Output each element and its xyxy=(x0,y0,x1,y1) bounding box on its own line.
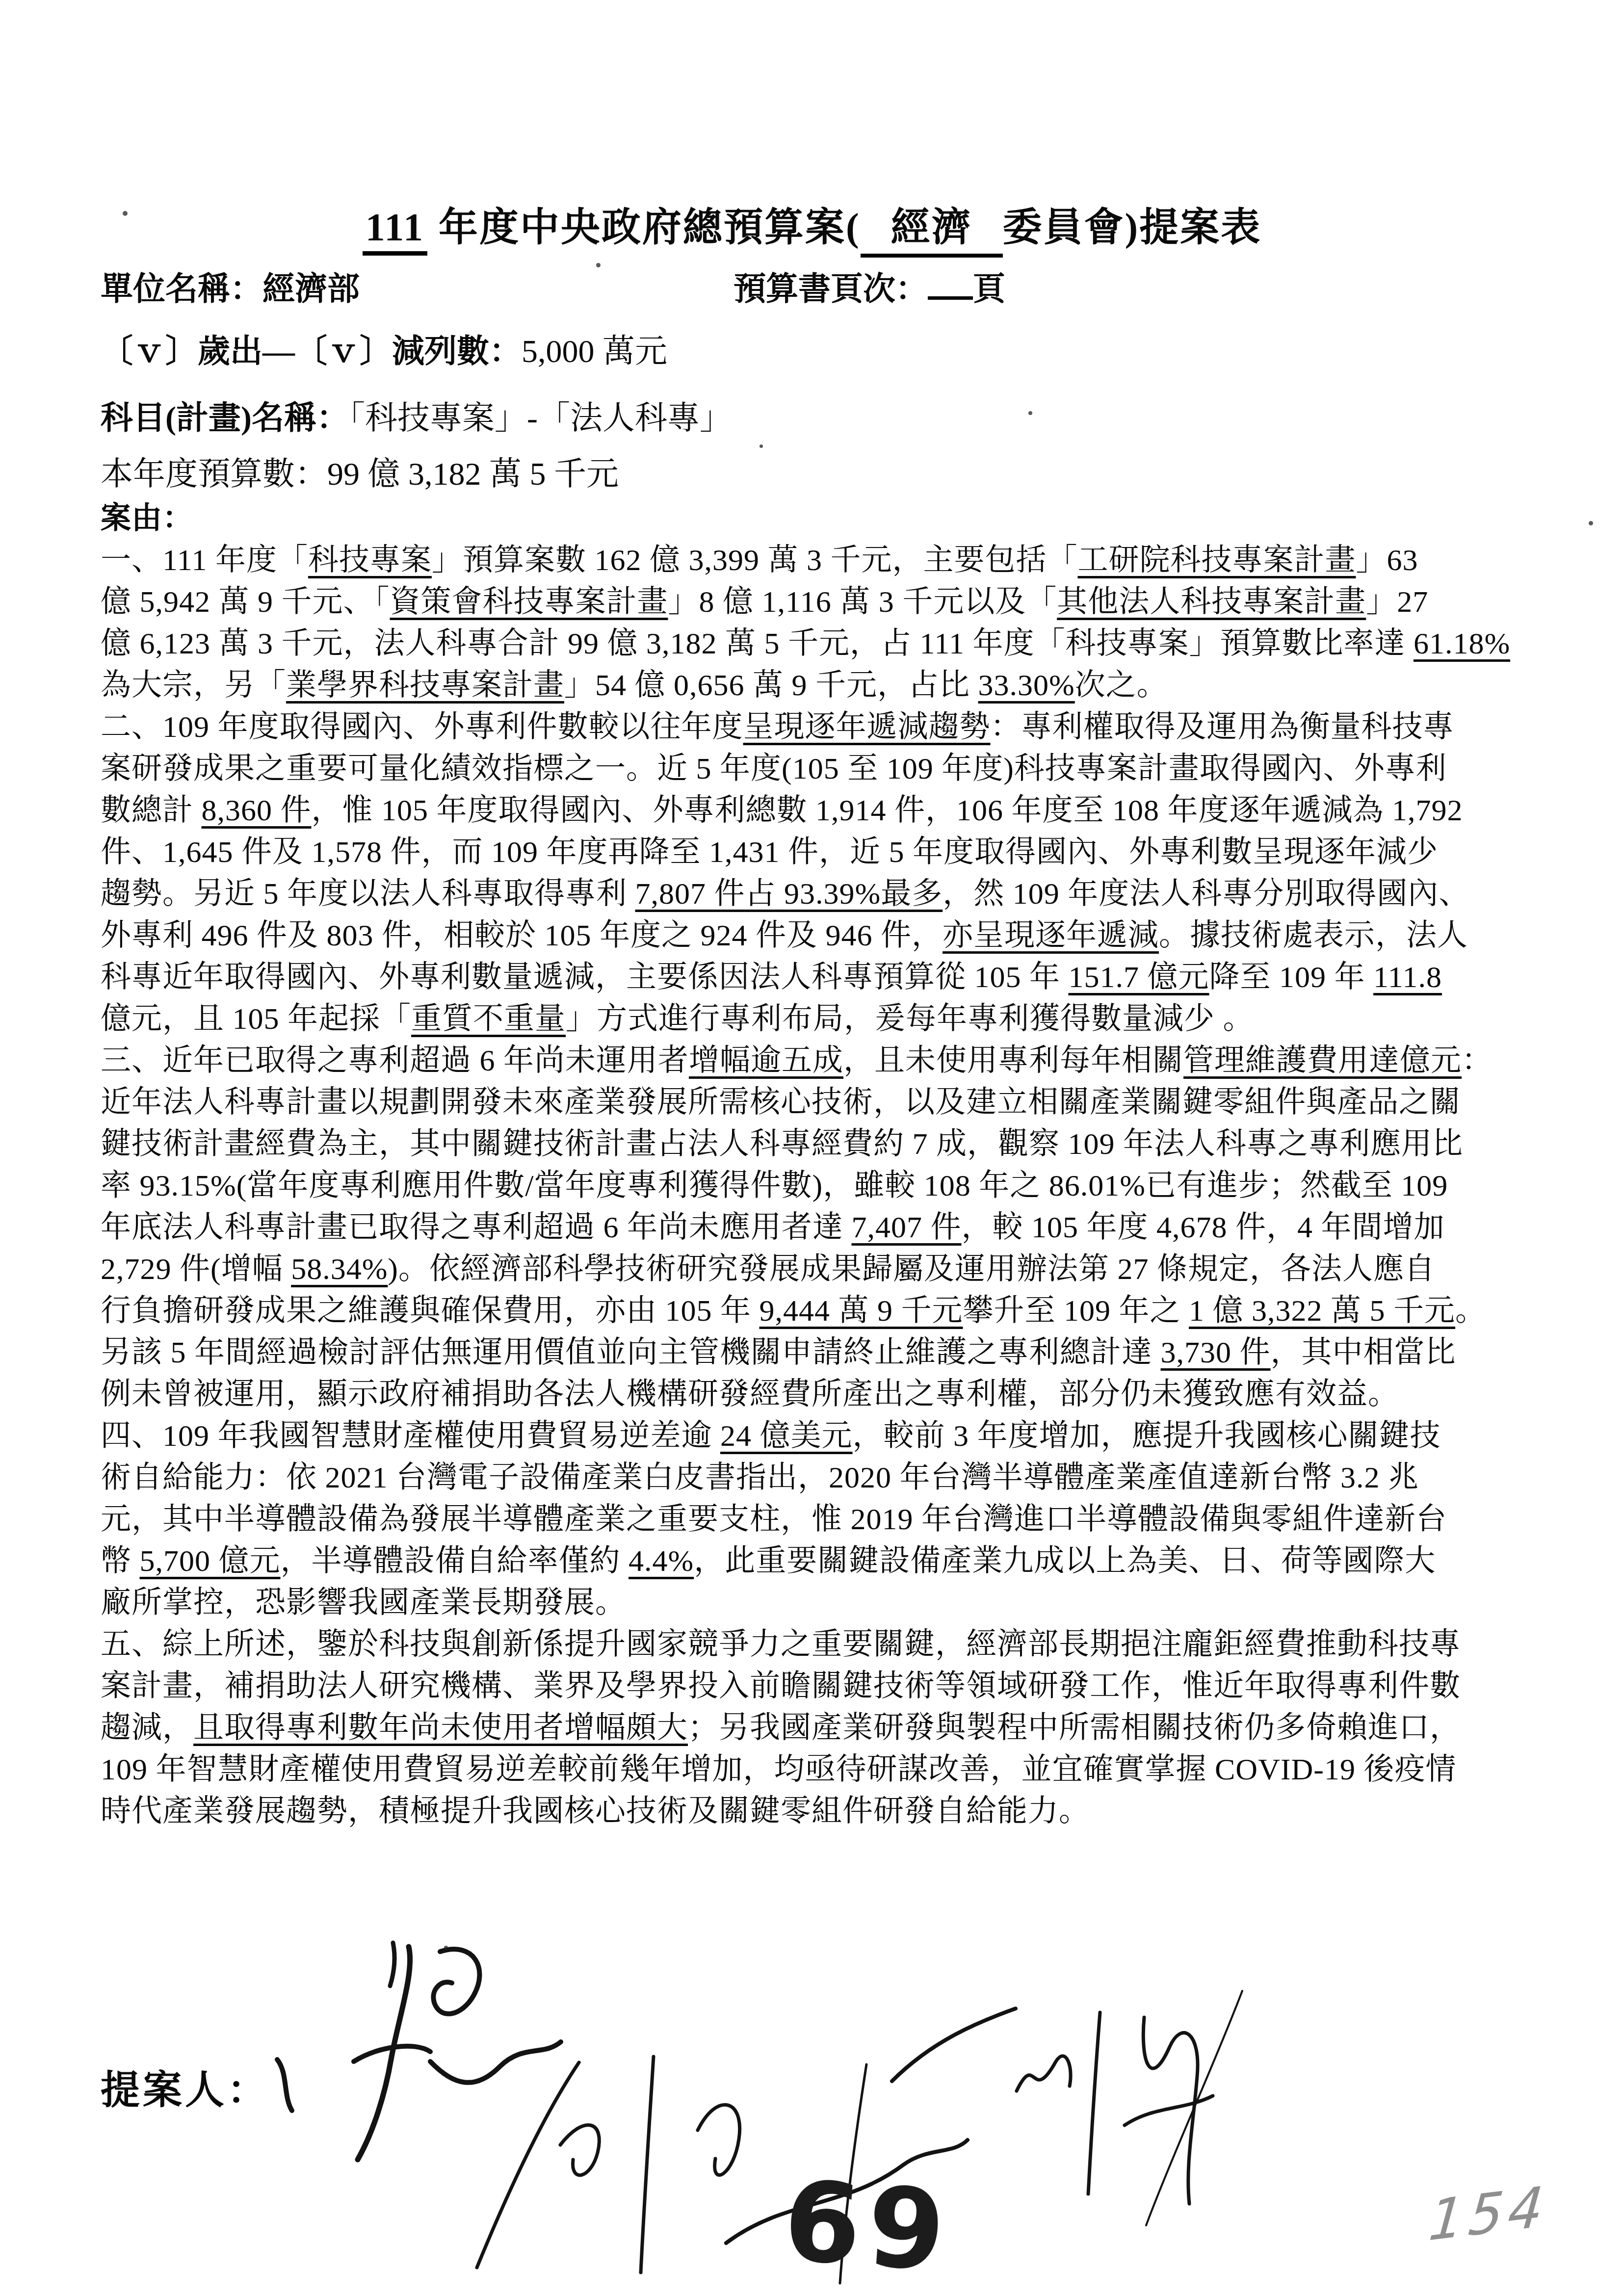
corner-pencil-number: 154 xyxy=(1426,2174,1551,2254)
paragraph-2-line: 外專利 496 件及 803 件，相較於 105 年度之 924 件及 946 … xyxy=(101,915,1572,957)
paragraph-1-line: 億 5,942 萬 9 千元、「資策會科技專案計畫」8 億 1,116 萬 3 … xyxy=(101,581,1572,623)
paragraph-2-line: 二、109 年度取得國內、外專利件數較以往年度呈現逐年遞減趨勢：專利權取得及運用… xyxy=(101,706,1572,748)
reduction-amount: 5,000 萬元 xyxy=(522,334,667,369)
paragraph-1-line: 億 6,123 萬 3 千元，法人科專合計 99 億 3,182 萬 5 千元，… xyxy=(101,623,1572,665)
budget-page-ref-line: 預算書頁次：頁 xyxy=(733,262,1005,309)
paragraph-3-line: 2,729 件(增幅 58.34%)。依經濟部科學技術研究發展成果歸屬及運用辦法… xyxy=(101,1249,1572,1290)
paragraph-3-line: 行負擔研發成果之維護與確保費用，亦由 105 年 9,444 萬 9 千元攀升至… xyxy=(101,1290,1572,1332)
proposer-label: 提案人： xyxy=(101,2058,269,2114)
paragraph-5-line: 時代產業發展趨勢，積極提升我國核心技術及關鍵零組件研發自給能力。 xyxy=(101,1791,1572,1832)
paragraph-2-line: 件、1,645 件及 1,578 件，而 109 年度再降至 1,431 件，近… xyxy=(101,832,1572,873)
subject-value: 「科技專案」-「法人科專」 xyxy=(349,400,732,436)
paragraph-1-line: 為大宗，另「業學界科技專案計畫」54 億 0,656 萬 9 千元，占比 33.… xyxy=(101,665,1572,706)
scan-speck xyxy=(1589,521,1593,525)
title-pre: 年度中央政府總預算案( xyxy=(427,206,861,249)
case-label: 案由： xyxy=(101,498,1572,540)
scan-speck xyxy=(1028,411,1032,415)
paragraph-5-line: 109 年智慧財產權使用費貿易逆差較前幾年增加，均亟待研謀改善，並宜確實掌握 C… xyxy=(101,1749,1572,1791)
scan-speck xyxy=(596,263,601,267)
paragraph-3-line: 年底法人科專計畫已取得之專利超過 6 年尚未應用者達 7,407 件，較 105… xyxy=(101,1207,1572,1249)
budget-page-ref-unit: 頁 xyxy=(973,271,1005,307)
paragraph-3-line: 三、近年已取得之專利超過 6 年尚未運用者增幅逾五成，且未使用專利每年相關管理維… xyxy=(101,1040,1572,1082)
scan-speck xyxy=(760,444,763,448)
subject-label: 科目(計畫)名稱： xyxy=(101,400,349,436)
paragraph-3-line: 鍵技術計畫經費為主，其中關鍵技術計畫占法人科專經費約 7 成，觀察 109 年法… xyxy=(101,1123,1572,1165)
handwritten-page-number: 69 xyxy=(780,2157,956,2296)
title-year-underlined: 111 xyxy=(363,206,427,256)
paragraph-2-line: 億元，且 105 年起採「重質不重量」方式進行專利布局，爰每年專利獲得數量減少 … xyxy=(101,998,1572,1040)
subject-line: 科目(計畫)名稱：「科技專案」-「法人科專」 xyxy=(101,391,732,438)
paragraph-4-line: 元，其中半導體設備為發展半導體產業之重要支柱，惟 2019 年台灣進口半導體設備… xyxy=(101,1499,1572,1540)
annual-budget-label: 本年度預算數： xyxy=(101,456,327,492)
annual-budget-line: 本年度預算數：99 億 3,182 萬 5 千元 xyxy=(101,447,619,494)
paragraph-3-line: 近年法人科專計畫以規劃開發未來產業發展所需核心技術，以及建立相關產業關鍵零組件與… xyxy=(101,1082,1572,1123)
title-committee-blank: 經濟 xyxy=(861,195,1003,258)
unit-name-label: 單位名稱： xyxy=(101,271,262,307)
scan-speck xyxy=(123,211,128,216)
paragraph-3-line: 另該 5 年間經過檢討評估無運用價值並向主管機關申請終止維護之專利總計達 3,7… xyxy=(101,1332,1572,1374)
paragraph-5-line: 趨減，且取得專利數年尚未使用者增幅頗大；另我國產業研發與製程中所需相關技術仍多倚… xyxy=(101,1707,1572,1749)
paragraph-2-line: 科專近年取得國內、外專利數量遞減，主要係因法人科專預算從 105 年 151.7… xyxy=(101,957,1572,998)
paragraph-4-line: 幣 5,700 億元，半導體設備自給率僅約 4.4%，此重要關鍵設備產業九成以上… xyxy=(101,1540,1572,1582)
paragraph-3-line: 率 93.15%(當年度專利應用件數/當年度專利獲得件數)，雖較 108 年之 … xyxy=(101,1165,1572,1207)
scan-speck xyxy=(444,1946,448,1950)
document-title: 111 年度中央政府總預算案(經濟委員會)提案表 xyxy=(0,195,1624,258)
paragraph-5-line: 五、綜上所述，鑒於科技與創新係提升國家競爭力之重要關鍵，經濟部長期挹注龐鉅經費推… xyxy=(101,1624,1572,1666)
expenditure-reduction-line: 〔ｖ〕歲出—〔ｖ〕減列數：5,000 萬元 xyxy=(101,325,667,371)
title-post: 委員會)提案表 xyxy=(1003,206,1262,249)
unit-name-value: 經濟部 xyxy=(262,271,360,307)
paragraph-5-line: 案計畫，補捐助法人研究機構、業界及學界投入前瞻關鍵技術等領域研發工作，惟近年取得… xyxy=(101,1666,1572,1707)
title-committee: 經濟 xyxy=(891,206,972,249)
budget-page-ref-blank xyxy=(928,291,973,300)
paragraph-3-line: 例未曾被運用，顯示政府補捐助各法人機構研發經費所產出之專利權，部分仍未獲致應有效… xyxy=(101,1374,1572,1415)
annual-budget-value: 99 億 3,182 萬 5 千元 xyxy=(327,456,619,492)
paragraph-2-line: 數總計 8,360 件，惟 105 年度取得國內、外專利總數 1,914 件，1… xyxy=(101,790,1572,832)
case-description: 案由： 一、111 年度「科技專案」預算案數 162 億 3,399 萬 3 千… xyxy=(101,498,1572,1832)
paragraph-1-line: 一、111 年度「科技專案」預算案數 162 億 3,399 萬 3 千元，主要… xyxy=(101,540,1572,581)
scanned-budget-proposal-page: 111 年度中央政府總預算案(經濟委員會)提案表 單位名稱：經濟部 預算書頁次：… xyxy=(0,0,1624,2296)
budget-page-ref-label: 預算書頁次： xyxy=(733,271,928,307)
paragraph-4-line: 廠所掌控，恐影響我國產業長期發展。 xyxy=(101,1582,1572,1624)
paragraph-4-line: 術自給能力：依 2021 台灣電子設備產業白皮書指出，2020 年台灣半導體產業… xyxy=(101,1457,1572,1499)
unit-name-line: 單位名稱：經濟部 xyxy=(101,262,360,309)
paragraph-2-line: 案研發成果之重要可量化績效指標之一。近 5 年度(105 至 109 年度)科技… xyxy=(101,748,1572,790)
paragraph-4-line: 四、109 年我國智慧財產權使用費貿易逆差逾 24 億美元，較前 3 年度增加，… xyxy=(101,1415,1572,1457)
paragraph-2-line: 趨勢。另近 5 年度以法人科專取得專利 7,807 件占 93.39%最多，然 … xyxy=(101,873,1572,915)
checkbox-labels: 〔ｖ〕歲出—〔ｖ〕減列數： xyxy=(101,334,522,369)
